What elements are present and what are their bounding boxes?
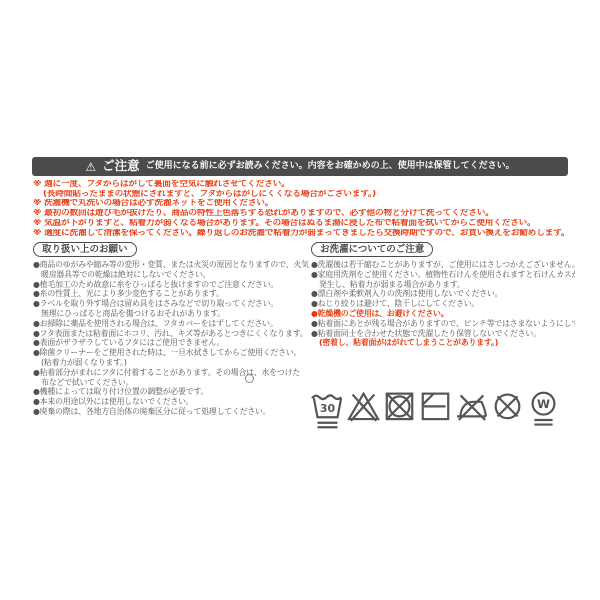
- handling-item: 暖房器具等での乾燥は絶対にしないでください。: [33, 270, 309, 280]
- laundry-item: ●家庭用洗剤をご使用ください。植物性石けんを使用されますと石けんカスが: [311, 270, 575, 280]
- note-line: ※ 週に一度、フタからはがして裏面を空気に触れさせてください。: [33, 180, 578, 190]
- small-circle-mark: [245, 374, 254, 383]
- note-line: ※ 適度に洗濯して清潔を保ってください。繰り返しのお洗濯で粘着力が弱まってきまし…: [33, 229, 578, 239]
- handling-item: (粘着力が弱くなります。): [33, 358, 309, 368]
- wash-temp-label: 30: [320, 402, 336, 415]
- caution-title: ご注意: [102, 160, 140, 173]
- red-warning-notes: ※ 週に一度、フタからはがして裏面を空気に触れさせてください。 (長時間貼ったま…: [33, 180, 578, 238]
- warning-triangle-icon: ⚠: [85, 161, 96, 173]
- laundry-item: ●ねじり絞りは避けて、陰干しにしてください。: [311, 299, 575, 309]
- do-not-dry-clean-icon: [491, 390, 524, 430]
- laundry-section-title: お洗濯についてのご注意: [311, 242, 433, 257]
- handling-item: ●糸の性質上、光により多少変色することがあります。: [33, 289, 309, 299]
- care-label-page: ⚠ ご注意 ご使用になる前に必ずお読みください。内容をお確かめの上、使用中は保管…: [0, 0, 600, 600]
- laundry-item-no-dryer: ●乾燥機のご使用は、お避けください。: [311, 309, 575, 319]
- laundry-item: ●洗濯後は若干縮むことがありますが、ご使用にはさしつかえございません。: [311, 260, 575, 270]
- flat-dry-in-shade-icon: [419, 390, 452, 430]
- handling-item: ●フタ表面または粘着面にホコリ、汚れ、キズ等があるとつきにくくなります。: [33, 329, 309, 339]
- wet-clean-very-gentle-icon: W: [527, 390, 560, 430]
- laundry-item: ●粘着面にあとが残る場合がありますので、ピンチ等ではさまないようにしてください。: [311, 319, 575, 329]
- handling-item: ●本来の用途以外には使用しないでください。: [33, 397, 309, 407]
- do-not-iron-icon: [455, 390, 488, 430]
- handling-item: 無理にひっぱると商品を傷つけるおそれがあります。: [33, 309, 309, 319]
- handling-item: ●商品のゆがみや縮み等の変形・変質、または火災の原因となりますので、火気や: [33, 260, 309, 270]
- wet-clean-letter: W: [537, 397, 550, 411]
- laundry-item: ●漂白剤や柔軟剤入りの洗剤は使用しないでください。: [311, 289, 575, 299]
- laundry-item: ●粘着面同士を合わせた状態で洗濯したり保管しないでください。: [311, 329, 575, 339]
- handling-item: ●廃棄の際は、各地方自治体の廃棄区分に従って処理してください。: [33, 407, 309, 417]
- handling-item: 布などで拭いてください。: [33, 378, 309, 388]
- caution-header-bar: ⚠ ご注意 ご使用になる前に必ずお読みください。内容をお確かめの上、使用中は保管…: [32, 157, 568, 176]
- do-not-tumble-dry-icon: [383, 390, 416, 430]
- note-line: (長時間貼ったままの状態にされますと、フタからはがしにくくなる場合がございます。…: [33, 190, 578, 200]
- laundry-section: お洗濯についてのご注意 ●洗濯後は若干縮むことがありますが、ご使用にはさしつかえ…: [311, 242, 575, 348]
- note-line: ※ 最初の数回は遊び毛が抜けたり、商品の特性上色落ちする恐れがありますので、必ず…: [33, 209, 578, 219]
- laundry-item: 発生し、粘着力が弱まる場合があります。: [311, 280, 575, 290]
- note-line: ※ 洗濯機で丸洗いの場合は必ず洗濯ネットをご使用ください。: [33, 199, 578, 209]
- handling-item: ●機種によっては取り付け位置の調整が必要です。: [33, 387, 309, 397]
- note-line: ※ 気温が下がりますと、粘着力が弱くなる場合があります。その場合はぬるま湯に浸し…: [33, 219, 578, 229]
- handling-section-title: 取り扱い上のお願い: [33, 242, 137, 257]
- handling-section: 取り扱い上のお願い ●商品のゆがみや縮み等の変形・変質、または火災の原因となりま…: [33, 242, 309, 417]
- wash-30-very-gentle-icon: 30: [311, 390, 344, 430]
- care-symbols-row: 30: [311, 390, 560, 430]
- handling-item: ●ラベルを取り外す場合は留め具をはさみなどで切り取ってください。: [33, 299, 309, 309]
- handling-item: ●粘着部分がまれにフタに付着することがあります。その場合は、水をつけた: [33, 368, 309, 378]
- handling-item: ●表面がザラザラしているフタにはご使用できません。: [33, 338, 309, 348]
- do-not-bleach-icon: [347, 390, 380, 430]
- handling-item: ●植毛加工のため故意に糸をひっぱると抜けますのでご注意ください。: [33, 280, 309, 290]
- laundry-item: (密着し、粘着面がはがれてしまうことがあります。): [311, 338, 575, 348]
- handling-item: ●除菌クリーナーをご使用された時は、一旦水拭きしてからご使用ください。: [33, 348, 309, 358]
- caution-subtitle: ご使用になる前に必ずお読みください。内容をお確かめの上、使用中は保管してください…: [146, 162, 515, 171]
- handling-item: ●お掃除に薬品を使用される場合は、フタカバーをはずしてください。: [33, 319, 309, 329]
